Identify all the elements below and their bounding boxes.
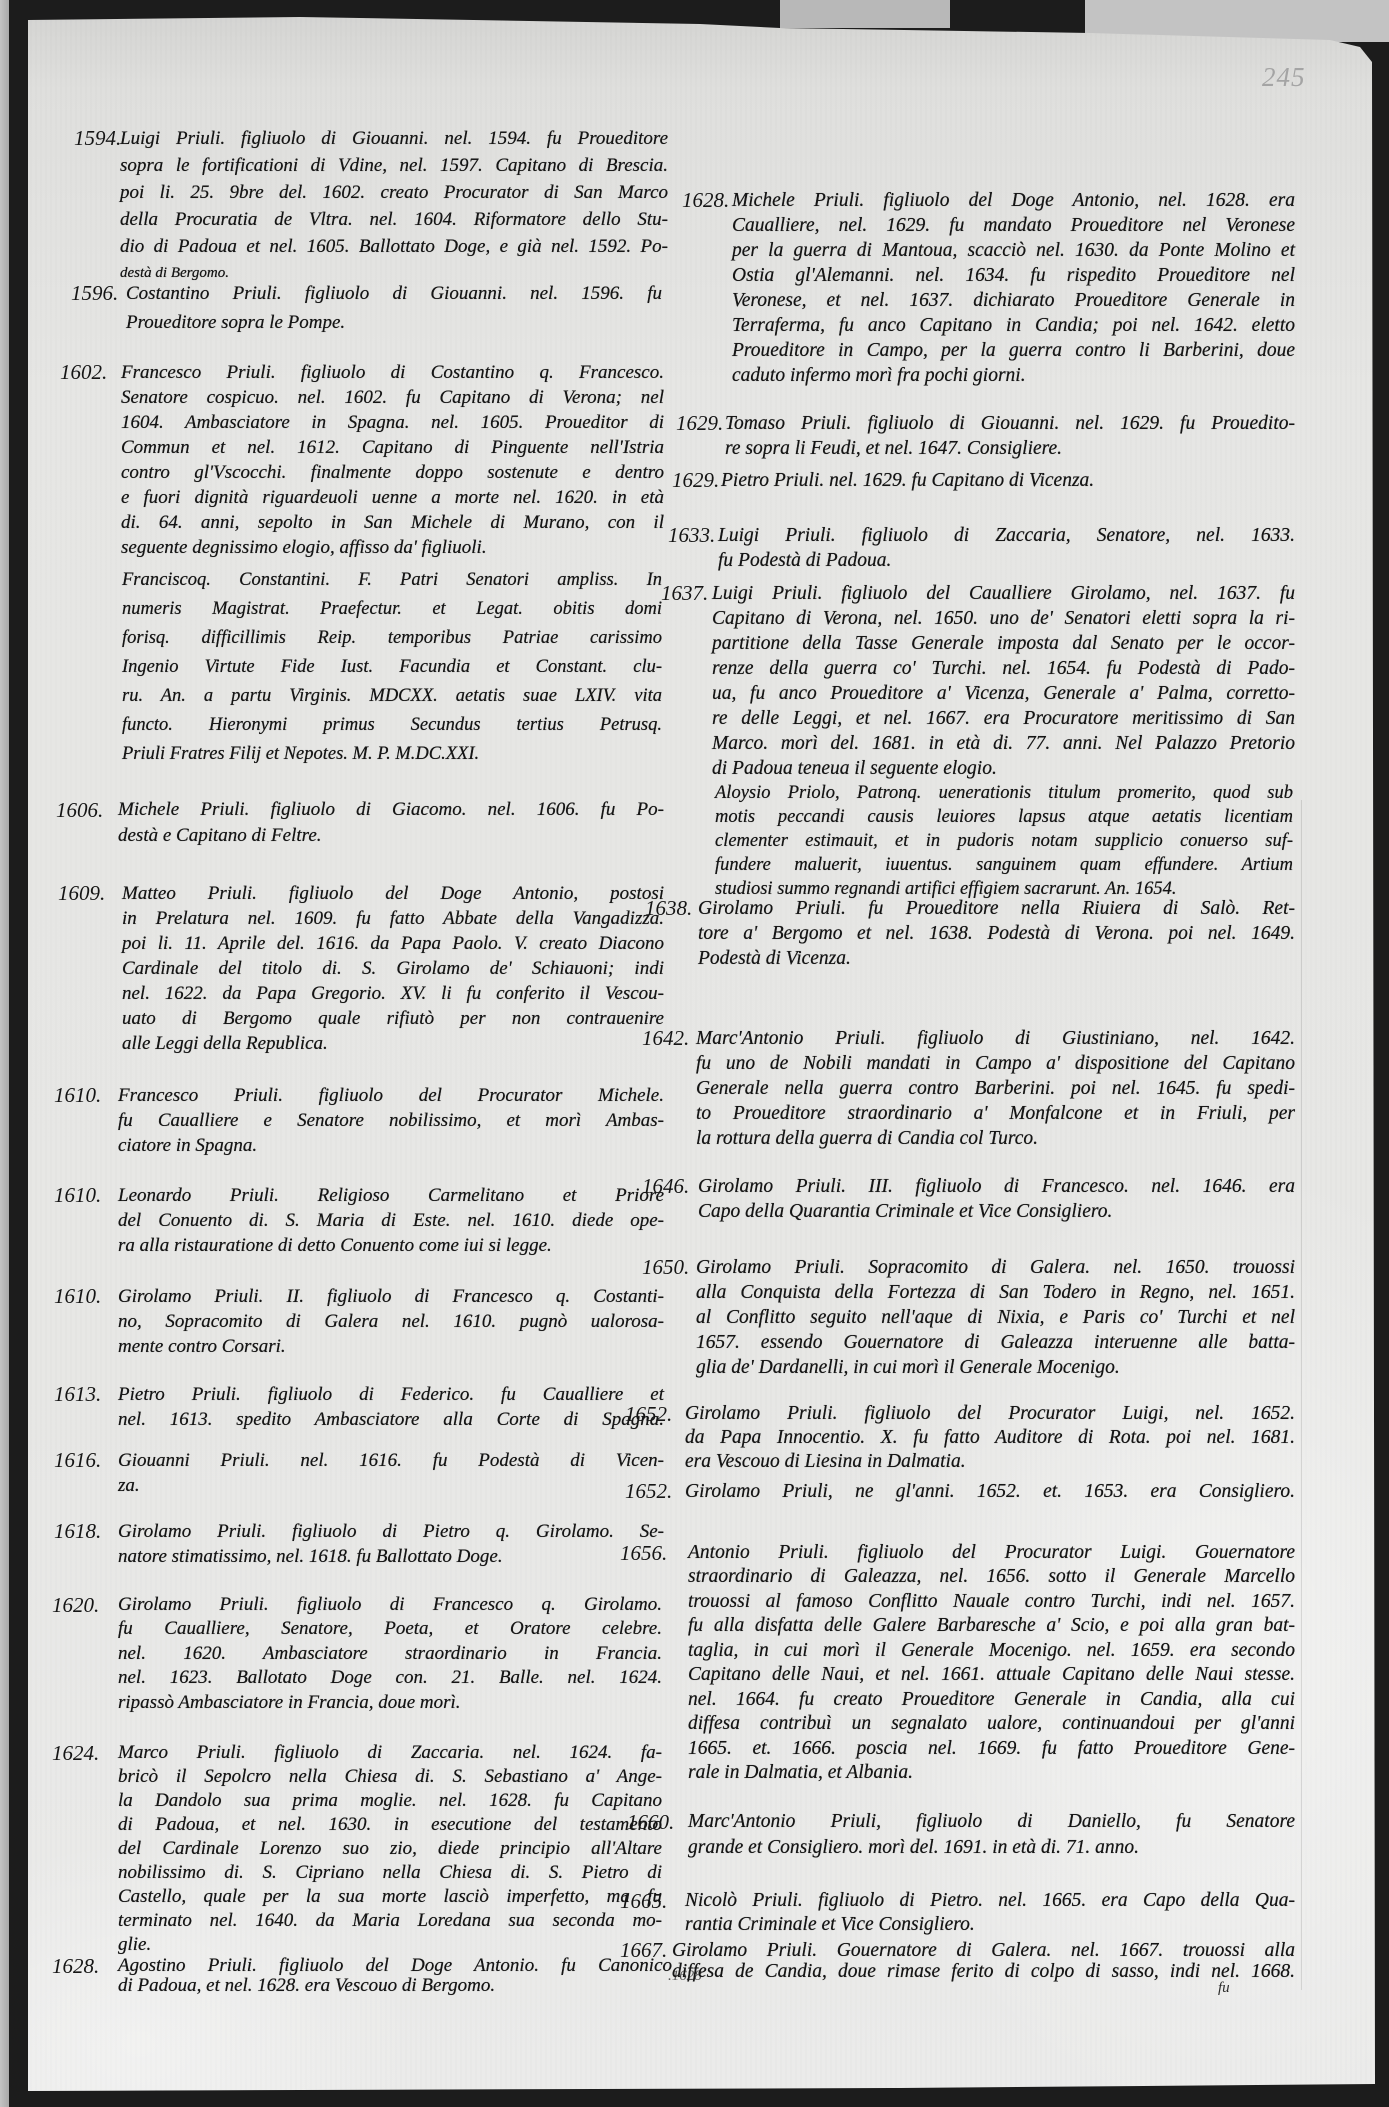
entry-line: Castello, quale per la sua morte lasciò … [118,1885,662,1909]
entry-year: 1606. [56,797,103,823]
entry-year: 1650. [642,1255,689,1280]
entry-line: no, Sopracomito di Galera nel. 1610. pug… [118,1309,664,1334]
entry-year: 1610. [54,1183,101,1208]
entry-text: Francesco Priuli. figliuolo del Procurat… [118,1083,664,1158]
entry-1624: 1624. Marco Priuli. figliuolo di Zaccari… [52,1741,662,1957]
entry-line: e fuori dignità riguardeuoli uenne a mor… [121,485,664,510]
entry-text: Luigi Priuli. figliuolo di Giouanni. nel… [120,125,668,287]
entry-year: 1596. [71,279,118,308]
entry-year: 1660. [627,1809,674,1835]
entry-1646: 1646. Girolamo Priuli. III. figliuolo di… [642,1174,1295,1224]
entry-line: 1604. Ambasciatore in Spagna. nel. 1605.… [121,410,664,435]
entry-line: Girolamo Priuli. II. figliuolo di France… [118,1284,664,1309]
entry-line: Pietro Priuli. nel. 1629. fu Capitano di… [721,468,1295,493]
entry-year: 1638. [645,896,692,921]
entry-text: Nicolò Priuli. figliuolo di Pietro. nel.… [685,1889,1295,1937]
entry-line: Antonio Priuli. figliuolo del Procurator… [688,1541,1295,1566]
entry-text: Costantino Priuli. figliuolo di Giouanni… [126,279,662,337]
entry-text: Luigi Priuli. figliuolo di Zaccaria, Sen… [718,523,1295,573]
entry-line: era Vescouo di Liesina in Dalmatia. [685,1450,1295,1474]
entry-line: al Conflitto seguito nell'aque di Nixia,… [696,1305,1295,1330]
entry-text: Girolamo Priuli. III. figliuolo di Franc… [698,1174,1295,1224]
entry-1594: 1594. Luigi Priuli. figliuolo di Giouann… [74,125,668,287]
entry-1618: 1618. Girolamo Priuli. figliuolo di Piet… [54,1519,664,1569]
entry-1602: 1602. Francesco Priuli. figliuolo di Cos… [60,360,664,560]
entry-line: fu Podestà di Padoua. [718,548,1295,573]
entry-line: Luigi Priuli. figliuolo del Caualliere G… [712,581,1295,606]
entry-line: Terraferma, fu anco Capitano in Candia; … [732,313,1295,338]
entry-text: Matteo Priuli. figliuolo del Doge Antoni… [122,881,664,1056]
entry-text: Girolamo Priuli. Gouernatore di Galera. … [672,1940,1295,1982]
entry-line: terminato nel. 1640. da Maria Loredana s… [118,1909,662,1933]
entry-line: tore a' Bergomo et nel. 1638. Podestà di… [698,921,1295,946]
entry-year: 1633. [668,523,715,548]
entry-line: Luigi Priuli. figliuolo di Giouanni. nel… [120,125,668,152]
entry-line: Marco. morì del. 1681. in età di. 77. an… [712,731,1295,756]
entry-1665: 1665. Nicolò Priuli. figliuolo di Pietro… [620,1889,1295,1937]
entry-1633: 1633. Luigi Priuli. figliuolo di Zaccari… [668,523,1295,573]
entry-line: Giouanni Priuli. nel. 1616. fu Podestà d… [118,1448,664,1473]
entry-line: Nicolò Priuli. figliuolo di Pietro. nel.… [685,1889,1295,1913]
catchword-right: fu [1218,1980,1230,1997]
entry-text: Michele Priuli. figliuolo di Giacomo. ne… [118,797,664,849]
entry-text: Pietro Priuli. figliuolo di Federico. fu… [118,1382,664,1432]
entry-year: 1629. [672,468,719,493]
folio-number: 245 [1262,62,1306,93]
entry-line: Caualliere, nel. 1629. fu mandato Proued… [732,213,1295,238]
entry-line: fu uno de Nobili mandati in Campo a' dis… [696,1051,1295,1076]
entry-line: Girolamo Priuli. figliuolo del Procurato… [685,1402,1295,1426]
elogio-line: Priuli Fratres Filij et Nepotes. M. P. M… [122,740,662,769]
entry-line: Girolamo Priuli. figliuolo di Francesco … [118,1593,662,1618]
entry-line: trouossi al famoso Conflitto Nauale cont… [688,1590,1295,1615]
entry-year: 1618. [54,1519,101,1544]
entry-line: di Padoua, et nel. 1630. in esecutione d… [118,1813,662,1837]
entry-year: 1665. [620,1889,667,1913]
entry-line: Leonardo Priuli. Religioso Carmelitano e… [118,1183,664,1208]
entry-year: 1620. [52,1593,99,1618]
entry-line: nel. 1664. fu creato Proueditore General… [688,1688,1295,1713]
entry-1628-michele: 1628. Michele Priuli. figliuolo del Doge… [682,188,1295,388]
entry-1652-consigliero: 1652. Girolamo Priuli, ne gl'anni. 1652.… [625,1479,1295,1504]
entry-line: Girolamo Priuli. Gouernatore di Galera. … [672,1940,1295,1961]
entry-1642: 1642. Marc'Antonio Priuli. figliuolo di … [642,1026,1295,1151]
entry-line: bricò il Sepolcro nella Chiesa di. S. Se… [118,1765,662,1789]
entry-year: 1594. [74,125,121,152]
entry-text: Marc'Antonio Priuli. figliuolo di Giusti… [696,1026,1295,1151]
entry-year: 1667. [620,1940,667,1961]
entry-line: grande et Consigliero. morì del. 1691. i… [688,1835,1295,1861]
elogio-line: ru. An. a partu Virginis. MDCXX. aetatis… [122,682,662,711]
entry-line: in Prelatura nel. 1609. fu fatto Abbate … [122,906,664,931]
entry-1616: 1616. Giouanni Priuli. nel. 1616. fu Pod… [54,1448,664,1498]
entry-text: Luigi Priuli. figliuolo del Caualliere G… [712,581,1295,781]
entry-1656: 1656. Antonio Priuli. figliuolo del Proc… [620,1541,1295,1786]
entry-line: Girolamo Priuli. fu Proueditore nella Ri… [698,896,1295,921]
entry-line: Costantino Priuli. figliuolo di Giouanni… [126,279,662,308]
entry-text: Michele Priuli. figliuolo del Doge Anton… [732,188,1295,388]
entry-line: Commun et nel. 1612. Capitano di Pinguen… [121,435,664,460]
entry-line: Ostia gl'Alemanni. nel. 1634. fu rispedi… [732,263,1295,288]
entry-text: Girolamo Priuli. fu Proueditore nella Ri… [698,896,1295,971]
entry-line: glie. [118,1933,662,1957]
elogio-line: numeris Magistrat. Praefectur. et Legat.… [122,595,662,624]
entry-line: fu Caualliere, Senatore, Poeta, et Orato… [118,1617,662,1642]
entry-line: to Proueditore straordinario a' Monfalco… [696,1101,1295,1126]
entry-line: di Padoua, et nel. 1628. era Vescouo di … [118,1976,672,1996]
entry-line: alle Leggi della Republica. [122,1031,664,1056]
entry-year: 1602. [60,360,107,385]
entry-year: 1628. [682,188,729,213]
entry-line: Generale nella guerra contro Barberini. … [696,1076,1295,1101]
entry-1610-girolamo: 1610. Girolamo Priuli. II. figliuolo di … [54,1284,664,1359]
entry-text: Tomaso Priuli. figliuolo di Giouanni. ne… [725,411,1295,461]
entry-line: di Padoua teneua il seguente elogio. [712,756,1295,781]
entry-line: Agostino Priuli. figliuolo del Doge Anto… [118,1956,672,1976]
entry-text: Girolamo Priuli. II. figliuolo di France… [118,1284,664,1359]
entry-text: Girolamo Priuli. figliuolo del Procurato… [685,1402,1295,1474]
entry-year: 1624. [52,1741,99,1765]
latin-elogio-francesco: Franciscoq. Constantini. F. Patri Senato… [122,566,662,769]
entry-1629-tomaso: 1629. Tomaso Priuli. figliuolo di Giouan… [676,411,1295,461]
latin-elogio-aloysio: Aloysio Priolo, Patronq. uenerationis ti… [715,781,1293,901]
entry-line: partitione della Tasse Generale imposta … [712,631,1295,656]
entry-1652-auditore: 1652. Girolamo Priuli. figliuolo del Pro… [625,1402,1295,1474]
entry-text: Leonardo Priuli. Religioso Carmelitano e… [118,1183,664,1258]
underlying-sheet [780,0,950,28]
entry-line: taglia, in cui morì il Generale Mocenigo… [688,1639,1295,1664]
entry-line: diffesa contribuì un segnalato ualore, c… [688,1712,1295,1737]
entry-line: da Papa Innocentio. X. fu fatto Auditore… [685,1426,1295,1450]
entry-year: 1610. [54,1083,101,1108]
entry-line: glia de' Dardanelli, in cui morì il Gene… [696,1355,1295,1380]
elogio-line: fundere maluerit, iuuentus. sanguinem qu… [715,853,1293,877]
elogio-line: forisq. difficillimis Reip. temporibus P… [122,624,662,653]
entry-year: 1628. [52,1956,99,1976]
entry-year: 1616. [54,1448,101,1473]
entry-line: Luigi Priuli. figliuolo di Zaccaria, Sen… [718,523,1295,548]
entry-1606: 1606. Michele Priuli. figliuolo di Giaco… [56,797,664,849]
entry-line: ripassò Ambasciatore in Francia, doue mo… [118,1691,662,1716]
entry-line: del Cardinale Lorenzo suo zio, diede pri… [118,1837,662,1861]
entry-text: Agostino Priuli. figliuolo del Doge Anto… [118,1956,672,1996]
entry-1596: 1596. Costantino Priuli. figliuolo di Gi… [71,279,662,337]
margin-rule [1301,800,1302,1990]
entry-line: per la guerra di Mantoua, scacciò nel. 1… [732,238,1295,263]
elogio-line: Ingenio Virtute Fide Iust. Facundia et C… [122,653,662,682]
entry-line: della Procuratia de Vltra. nel. 1604. Ri… [120,206,668,233]
entry-line: Girolamo Priuli. figliuolo di Pietro q. … [118,1519,664,1544]
entry-line: za. [118,1473,664,1498]
entry-text: Girolamo Priuli, ne gl'anni. 1652. et. 1… [685,1479,1295,1504]
entry-line: di. 64. anni, sepolto in San Michele di … [121,510,664,535]
entry-line: Veronese, et nel. 1637. dichiarato Proue… [732,288,1295,313]
entry-line: ua, fu anco Proueditore a' Vicenza, Gene… [712,681,1295,706]
entry-line: Pietro Priuli. figliuolo di Federico. fu… [118,1382,664,1407]
entry-line: Capitano delle Naui, et nel. 1661. attua… [688,1663,1295,1688]
entry-1610-leonardo: 1610. Leonardo Priuli. Religioso Carmeli… [54,1183,664,1258]
entry-line: Senatore cospicuo. nel. 1602. fu Capitan… [121,385,664,410]
entry-line: uato di Bergomo quale rifiutò per non co… [122,1006,664,1031]
elogio-line: Franciscoq. Constantini. F. Patri Senato… [122,566,662,595]
entry-text: Pietro Priuli. nel. 1629. fu Capitano di… [721,468,1295,493]
entry-1660: 1660. Marc'Antonio Priuli, figliuolo di … [627,1809,1295,1861]
entry-line: Podestà di Vicenza. [698,946,1295,971]
entry-year: 1613. [54,1382,101,1407]
entry-line: poi li. 11. Aprile del. 1616. da Papa Pa… [122,931,664,956]
entry-1650: 1650. Girolamo Priuli. Sopracomito di Ga… [642,1255,1295,1380]
entry-1637: 1637. Luigi Priuli. figliuolo del Cauall… [661,581,1295,781]
entry-line: Francesco Priuli. figliuolo di Costantin… [121,360,664,385]
entry-line: Girolamo Priuli. III. figliuolo di Franc… [698,1174,1295,1199]
entry-line: Marc'Antonio Priuli, figliuolo di Daniel… [688,1809,1295,1835]
entry-line: nobilissimo di. S. Cipriano nella Chiesa… [118,1861,662,1885]
entry-line: Michele Priuli. figliuolo del Doge Anton… [732,188,1295,213]
entry-year: 1629. [676,411,723,436]
entry-line: ciatore in Spagna. [118,1133,664,1158]
entry-line: fu alla disfatta delle Galere Barbaresch… [688,1614,1295,1639]
entry-line: diffesa de Candia, doue rimase ferito di… [672,1961,1295,1982]
entry-1629-pietro: 1629. Pietro Priuli. nel. 1629. fu Capit… [672,468,1295,493]
elogio-line: functo. Hieronymi primus Secundus tertiu… [122,711,662,740]
entry-text: Giouanni Priuli. nel. 1616. fu Podestà d… [118,1448,664,1498]
entry-line: contro gl'Vscocchi. finalmente doppo sos… [121,460,664,485]
entry-line: Tomaso Priuli. figliuolo di Giouanni. ne… [725,411,1295,436]
entry-line: Capo della Quarantia Criminale et Vice C… [698,1199,1295,1224]
entry-text: Girolamo Priuli. Sopracomito di Galera. … [696,1255,1295,1380]
entry-line: caduto infermo morì fra pochi giorni. [732,363,1295,388]
entry-1628-agostino: 1628. Agostino Priuli. figliuolo del Dog… [52,1956,672,1996]
elogio-line: Aloysio Priolo, Patronq. uenerationis ti… [715,781,1293,805]
entry-line: dio di Padoua et nel. 1605. Ballottato D… [120,233,668,260]
entry-line: del Conuento di. S. Maria di Este. nel. … [118,1208,664,1233]
entry-text: Antonio Priuli. figliuolo del Procurator… [688,1541,1295,1786]
entry-year: 1652. [625,1402,672,1426]
entry-year: 1610. [54,1284,101,1309]
entry-line: nel. 1613. spedito Ambasciatore alla Cor… [118,1407,664,1432]
entry-line: alla Conquista della Fortezza di San Tod… [696,1280,1295,1305]
entry-line: Cardinale del titolo di. S. Girolamo de'… [122,956,664,981]
entry-line: ra alla ristauratione di detto Conuento … [118,1233,664,1258]
entry-line: nel. 1620. Ambasciatore straordinario in… [118,1642,662,1667]
entry-text: Girolamo Priuli. figliuolo di Francesco … [118,1593,662,1716]
entry-line: la rottura della guerra di Candia col Tu… [696,1126,1295,1151]
entry-1638: 1638. Girolamo Priuli. fu Proueditore ne… [645,896,1295,971]
scan-background: 245 1594. Luigi Priuli. figliuolo di Gio… [0,0,1389,2107]
entry-line: destà e Capitano di Feltre. [118,823,664,849]
entry-1667: 1667. Girolamo Priuli. Gouernatore di Ga… [620,1940,1295,1982]
entry-line: nel. 1623. Ballotato Doge con. 21. Balle… [118,1666,662,1691]
entry-line: sopra le fortificationi di Vdine, nel. 1… [120,152,668,179]
entry-line: Girolamo Priuli. Sopracomito di Galera. … [696,1255,1295,1280]
entry-1609: 1609. Matteo Priuli. figliuolo del Doge … [58,881,664,1056]
entry-line: la Dandolo sua prima moglie. nel. 1628. … [118,1789,662,1813]
entry-text: Marc'Antonio Priuli, figliuolo di Daniel… [688,1809,1295,1861]
entry-line: 1657. essendo Gouernatore di Galeazza in… [696,1330,1295,1355]
entry-line: rale in Dalmatia, et Albania. [688,1761,1295,1786]
entry-line: Proueditore in Campo, per la guerra cont… [732,338,1295,363]
entry-text: Girolamo Priuli. figliuolo di Pietro q. … [118,1519,664,1569]
entry-year: 1637. [661,581,708,606]
entry-1610-francesco: 1610. Francesco Priuli. figliuolo del Pr… [54,1083,664,1158]
entry-line: Matteo Priuli. figliuolo del Doge Antoni… [122,881,664,906]
entry-line: poi li. 25. 9bre del. 1602. creato Procu… [120,179,668,206]
entry-text: Marco Priuli. figliuolo di Zaccaria. nel… [118,1741,662,1957]
elogio-line: motis peccandi causis leuiores lapsus at… [715,805,1293,829]
elogio-line: clementer estimauit, et in pudoris notam… [715,829,1293,853]
entry-year: 1609. [58,881,105,906]
entry-line: seguente degnissimo elogio, affisso da' … [121,535,664,560]
adjacent-page-edge [0,0,9,2107]
entry-text: Francesco Priuli. figliuolo di Costantin… [121,360,664,560]
entry-line: Francesco Priuli. figliuolo del Procurat… [118,1083,664,1108]
entry-line: Michele Priuli. figliuolo di Giacomo. ne… [118,797,664,823]
entry-line: rantia Criminale et Vice Consigliero. [685,1913,1295,1937]
entry-line: Marco Priuli. figliuolo di Zaccaria. nel… [118,1741,662,1765]
entry-line: Marc'Antonio Priuli. figliuolo di Giusti… [696,1026,1295,1051]
entry-line: re sopra li Feudi, et nel. 1647. Consigl… [725,436,1295,461]
entry-1613: 1613. Pietro Priuli. figliuolo di Federi… [54,1382,664,1432]
entry-line: fu Caualliere e Senatore nobilissimo, et… [118,1108,664,1133]
entry-line: 1665. et. 1666. poscia nel. 1669. fu fat… [688,1737,1295,1762]
entry-line: Capitano di Verona, nel. 1650. uno de' S… [712,606,1295,631]
entry-line: straordinario di Galeazza, nel. 1656. so… [688,1565,1295,1590]
entry-line: Girolamo Priuli, ne gl'anni. 1652. et. 1… [685,1479,1295,1504]
entry-year: 1656. [620,1541,667,1566]
entry-year: 1642. [642,1026,689,1051]
entry-line: nel. 1622. da Papa Gregorio. XV. li fu c… [122,981,664,1006]
entry-1620: 1620. Girolamo Priuli. figliuolo di Fran… [52,1593,662,1716]
entry-line: re delle Leggi, et nel. 1667. era Procur… [712,706,1295,731]
entry-line: mente contro Corsari. [118,1334,664,1359]
entry-year: 1646. [642,1174,689,1199]
entry-line: natore stimatissimo, nel. 1618. fu Ballo… [118,1544,664,1569]
entry-line: Proueditore sopra le Pompe. [126,308,662,337]
entry-year: 1652. [625,1479,672,1504]
entry-line: renze della guerra co' Turchi. nel. 1654… [712,656,1295,681]
